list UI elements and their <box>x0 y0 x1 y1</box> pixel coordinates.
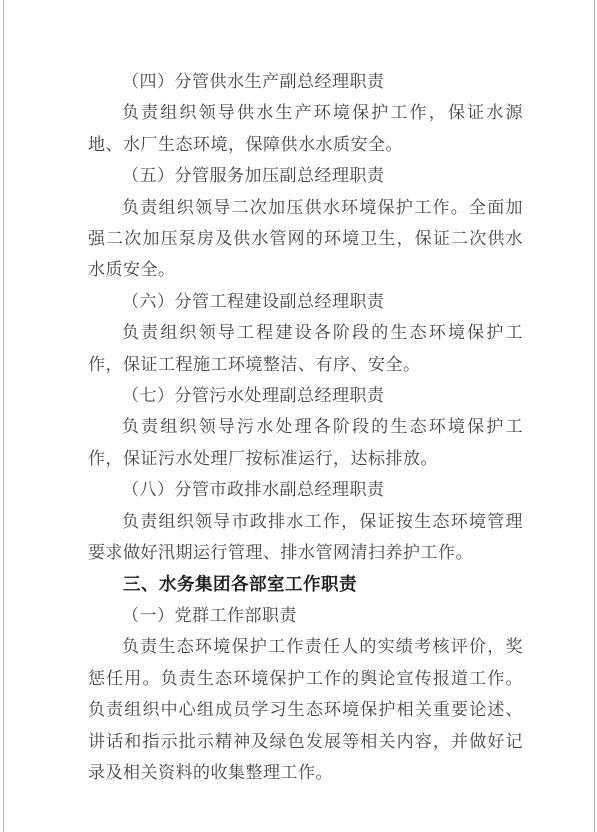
paragraph: 负责组织领导污水处理各阶段的生态环境保护工作，保证污水处理厂按标准运行，达标排放… <box>88 411 523 474</box>
sub-section-heading: （六）分管工程建设副总经理职责 <box>88 286 523 317</box>
paragraph: 负责生态环境保护工作责任人的实绩考核评价，奖惩任用。负责生态环境保护工作的舆论宣… <box>88 631 523 788</box>
paragraph: 负责组织领导供水生产环境保护工作，保证水源地、水厂生态环境，保障供水水质安全。 <box>88 97 523 160</box>
paragraph: 负责组织领导二次加压供水环境保护工作。全面加强二次加压泵房及供水管网的环境卫生，… <box>88 192 523 286</box>
paragraph: 负责组织领导工程建设各阶段的生态环境保护工作，保证工程施工环境整洁、有序、安全。 <box>88 317 523 380</box>
sub-section-heading: （五）分管服务加压副总经理职责 <box>88 160 523 191</box>
sub-section-heading: （一）党群工作部职责 <box>88 600 523 631</box>
sub-section-heading: （四）分管供水生产副总经理职责 <box>88 66 523 97</box>
section-heading: 三、水务集团各部室工作职责 <box>88 569 523 600</box>
document-body-text: （四）分管供水生产副总经理职责负责组织领导供水生产环境保护工作，保证水源地、水厂… <box>88 66 523 788</box>
paragraph: 负责组织领导市政排水工作，保证按生态环境管理要求做好汛期运行管理、排水管网清扫养… <box>88 506 523 569</box>
sub-section-heading: （八）分管市政排水副总经理职责 <box>88 474 523 505</box>
sub-section-heading: （七）分管污水处理副总经理职责 <box>88 380 523 411</box>
